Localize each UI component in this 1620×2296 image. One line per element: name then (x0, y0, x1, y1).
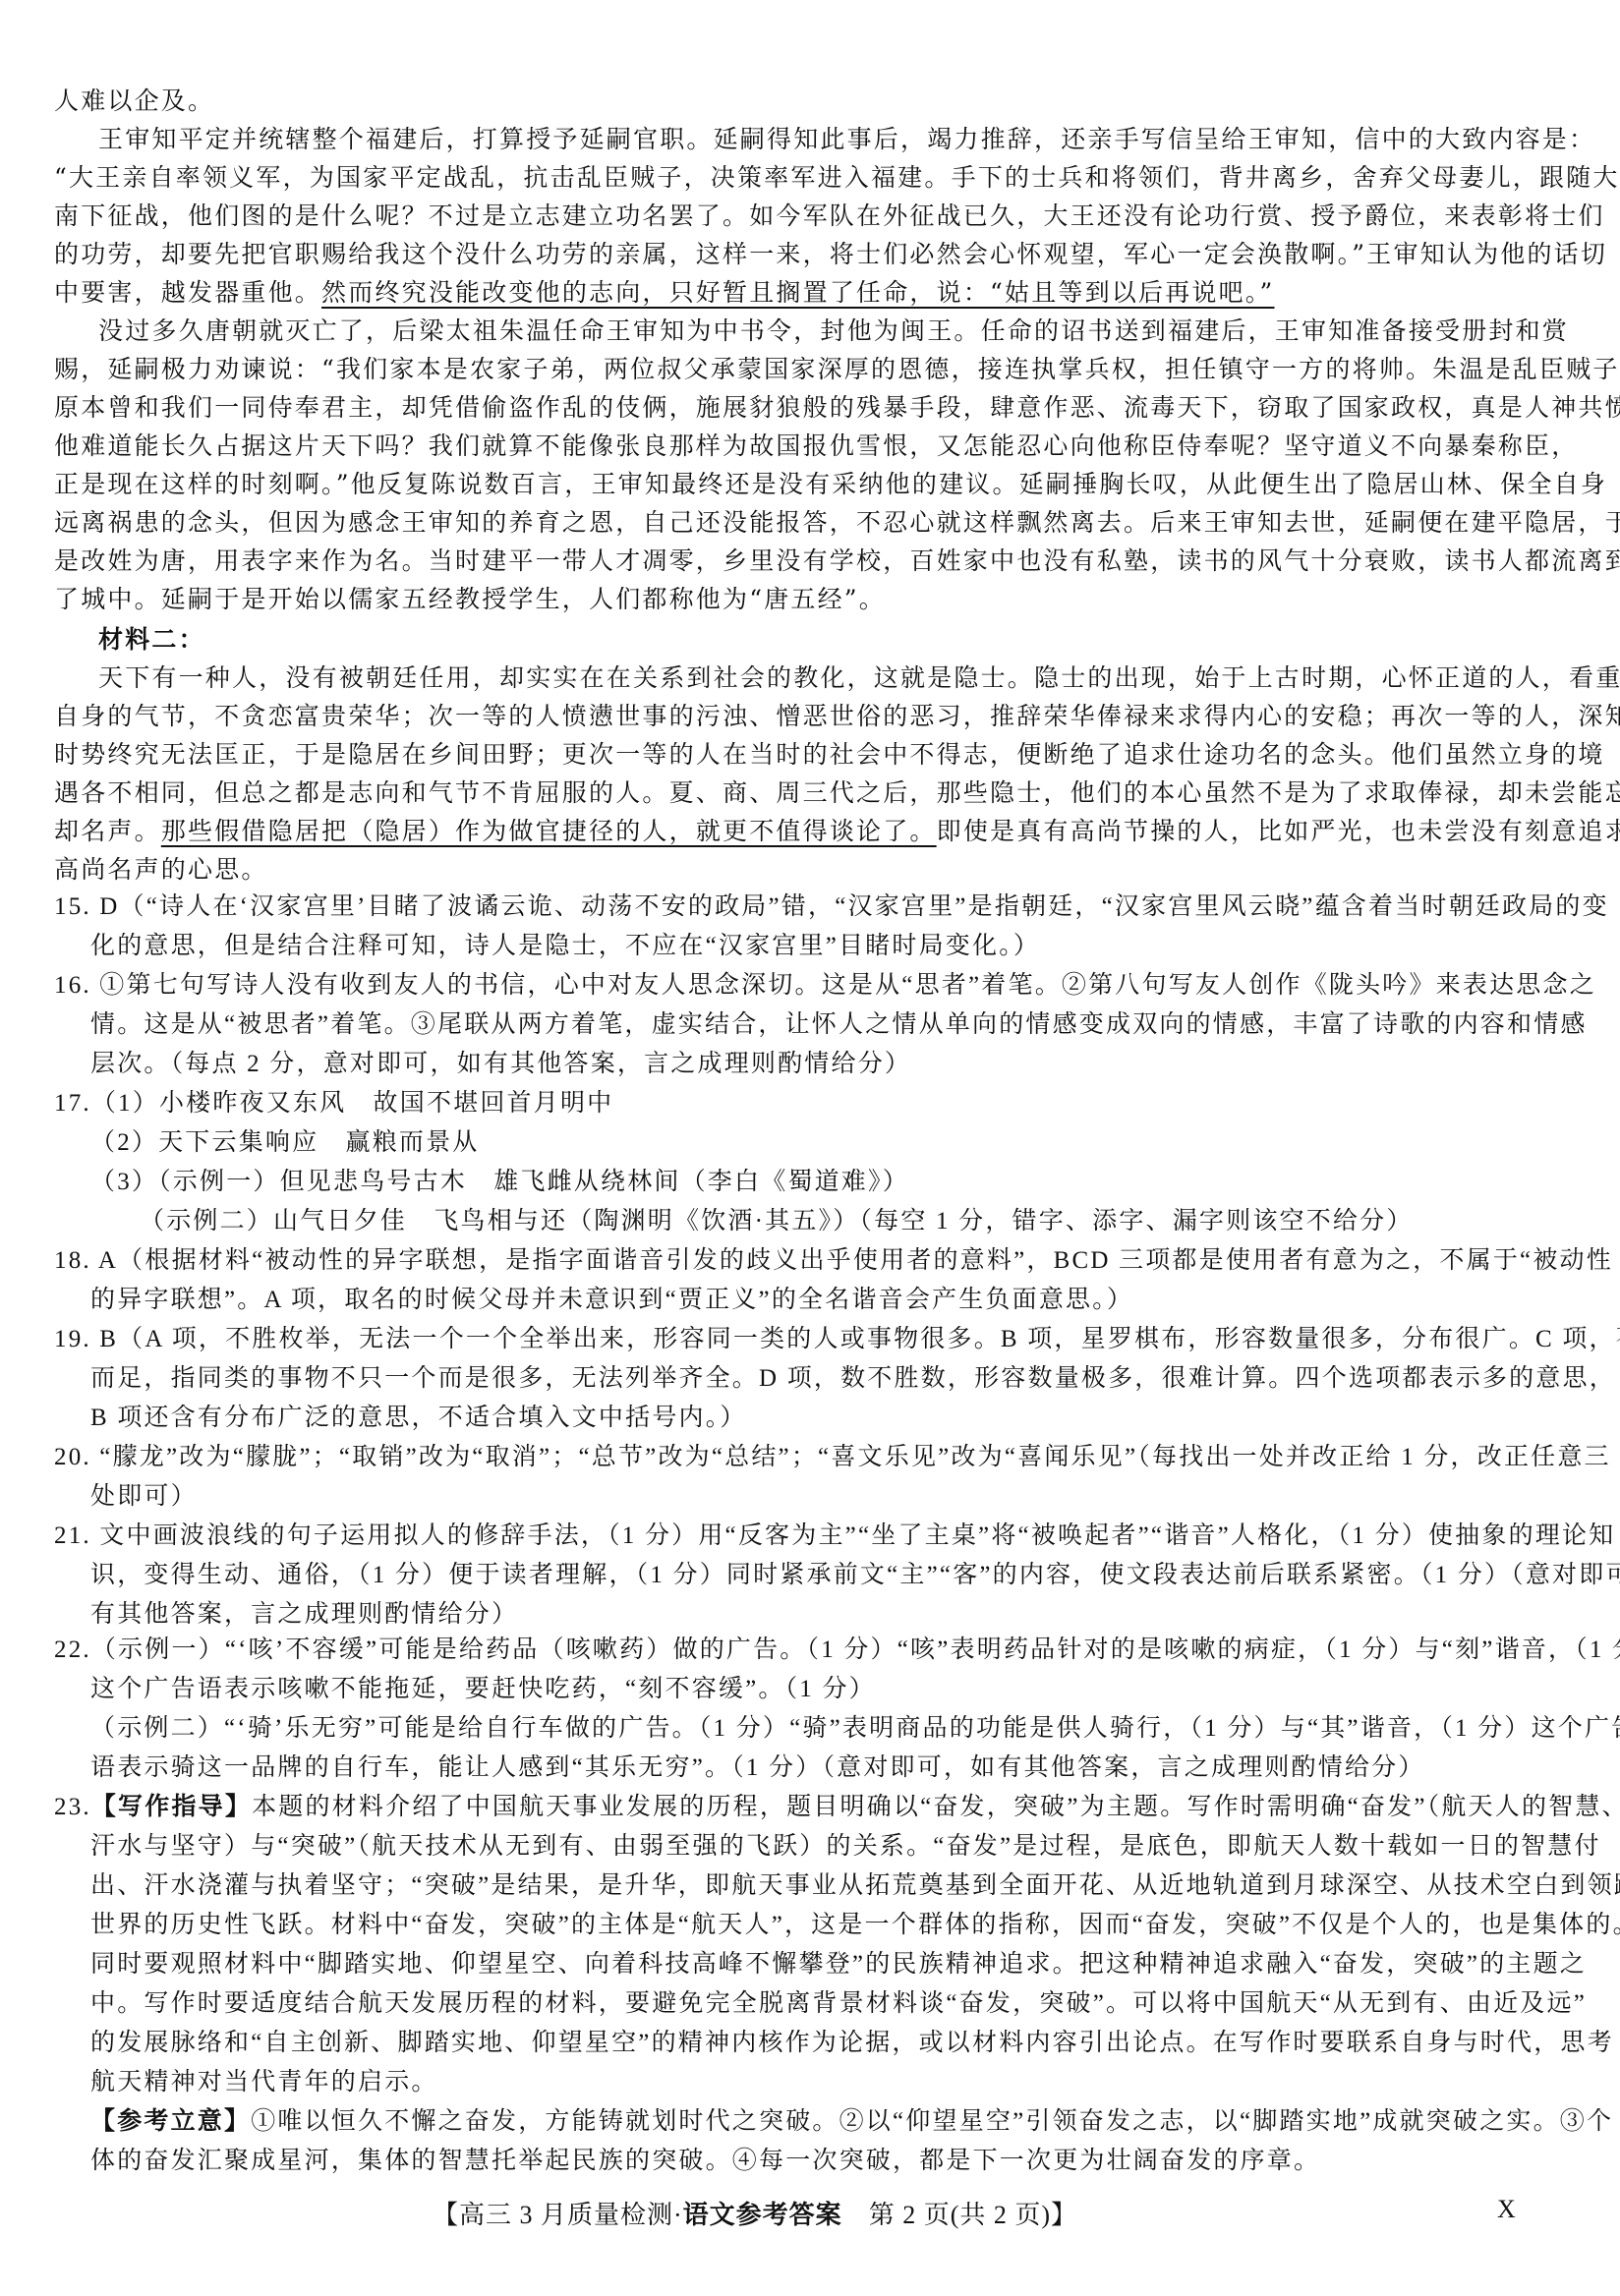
answer-17-line: （2）天下云集响应 赢粮而景从 (90, 1126, 1597, 1160)
text-line: 自身的气节，不贪恋富贵荣华；次一等的人愤懑世事的污浊、憎恶世俗的恶习，推辞荣华俸… (54, 700, 1561, 733)
answer-22-line: 这个广告语表示咳嗽不能拖延，要赶快吃药，“刻不容缓”。（1 分） (90, 1673, 1597, 1706)
footer-title: 语文参考答案 (683, 2201, 842, 2229)
text-line: “大王亲自率领义军，为国家平定战乱，抗击乱臣贼子，决策率军进入福建。手下的士兵和… (54, 161, 1561, 195)
text-line: 远离祸患的念头，但因为感念王审知的养育之恩，自己还没能报答，不忍心就这样飘然离去… (54, 506, 1561, 540)
section-heading: 材料二： (98, 623, 1605, 657)
reference-idea-label: 【参考立意】 (90, 2108, 251, 2135)
text-line: 人难以企及。 (54, 85, 1561, 118)
footer-mark: X (1497, 2195, 1516, 2224)
text-line: 南下征战，他们图的是什么呢？不过是立志建立功名罢了。如今军队在外征战已久，大王还… (54, 200, 1561, 233)
answer-19-line: 19. B（A 项，不胜枚举，无法一个一个全举出来，形容同一类的人或事物很多。B… (54, 1323, 1561, 1356)
answer-22-line: 22.（示例一）“‘咳’不容缓”可能是给药品（咳嗽药）做的广告。（1 分）“咳”… (54, 1634, 1561, 1667)
text-span: 即使是真有高尚节操的人，比如严光，也未尝没有刻意追求 (937, 817, 1620, 845)
answer-17-line: 17.（1）小楼昨夜又东风 故国不堪回首月明中 (54, 1087, 1561, 1120)
text-line: 没过多久唐朝就灭亡了，后梁太祖朱温任命王审知为中书令，封他为闽王。任命的诏书送到… (98, 315, 1605, 348)
text-span: 本题的材料介绍了中国航天事业发展的历程，题目明确以“奋发，突破”为主题。写作时需… (252, 1794, 1620, 1820)
answer-17-line: （示例二）山气日夕佳 飞鸟相与还（陶渊明《饮酒·其五》）（每空 1 分，错字、添… (140, 1205, 1620, 1238)
underlined-sentence: 然而终究没能改变他的志向，只好暂且搁置了任命，说：“姑且等到以后再说吧。” (321, 278, 1274, 307)
footer-page-number: 第 2 页(共 2 页)】 (842, 2201, 1077, 2229)
writing-guide-label: 【写作指导】 (91, 1794, 252, 1820)
text-span: 却名声。 (54, 817, 161, 845)
answer-16-line: 16. ①第七句写诗人没有收到友人的书信，心中对友人思念深切。这是从“思者”着笔… (54, 969, 1561, 1003)
text-span: 中要害，越发器重他。 (54, 278, 321, 307)
answer-23-line: 航天精神对当代青年的启示。 (90, 2066, 1597, 2099)
answer-23-line: 出、汗水浇灌与执着坚守；“突破”是结果，是升华，即航天事业从拓荒奠基到全面开花、… (90, 1869, 1597, 1903)
page-footer: 【高三 3 月质量检测·语文参考答案 第 2 页(共 2 页)】 (433, 2195, 1077, 2231)
answer-23-line: 23.【写作指导】本题的材料介绍了中国航天事业发展的历程，题目明确以“奋发，突破… (54, 1791, 1561, 1824)
answer-17-line: （3）（示例一）但见悲鸟号古木 雄飞雌从绕林间（李白《蜀道难》） (90, 1166, 1597, 1199)
text-line: 高尚名声的心思。 (54, 853, 1561, 887)
answer-18-line: 的异字联想”。A 项，取名的时候父母并未意识到“贾正义”的全名谐音会产生负面意思… (90, 1284, 1597, 1317)
answer-23-line: 【参考立意】①唯以恒久不懈之奋发，方能铸就划时代之突破。②以“仰望星空”引领奋发… (90, 2105, 1597, 2139)
answer-23-line: 世界的历史性飞跃。材料中“奋发，突破”的主体是“航天人”，这是一个群体的指称，因… (90, 1909, 1597, 1942)
underlined-sentence: 那些假借隐居把（隐居）作为做官捷径的人，就更不值得谈论了。 (161, 817, 937, 845)
answer-23-line: 体的奋发汇聚成星河，集体的智慧托举起民族的突破。④每一次突破，都是下一次更为壮阔… (90, 2145, 1597, 2178)
answer-22-line: 语表示骑这一品牌的自行车，能让人感到“其乐无穷”。（1 分）（意对即可，如有其他… (90, 1751, 1597, 1785)
text-line: 了城中。延嗣于是开始以儒家五经教授学生，人们都称他为“唐五经”。 (54, 583, 1561, 616)
text-line: 天下有一种人，没有被朝廷任用，却实实在在关系到社会的教化，这就是隐士。隐士的出现… (98, 661, 1605, 695)
footer-left: 【高三 3 月质量检测· (433, 2201, 683, 2229)
text-line: 是改姓为唐，用表字来作为名。当时建平一带人才凋零，乡里没有学校，百姓家中也没有私… (54, 545, 1561, 578)
answer-19-line: 而足，指同类的事物不只一个而是很多，无法列举齐全。D 项，数不胜数，形容数量极多… (90, 1362, 1597, 1396)
text-line: 赐，延嗣极力劝谏说：“我们家本是农家子弟，两位叔父承蒙国家深厚的恩德，接连执掌兵… (54, 353, 1561, 386)
answer-23-line: 汗水与坚守）与“突破”（航天技术从无到有、由弱至强的飞跃）的关系。“奋发”是过程… (90, 1830, 1597, 1864)
text-span: ①唯以恒久不懈之奋发，方能铸就划时代之突破。②以“仰望星空”引领奋发之志，以“脚… (251, 2108, 1613, 2135)
text-line: 中要害，越发器重他。然而终究没能改变他的志向，只好暂且搁置了任命，说：“姑且等到… (54, 276, 1561, 310)
answer-23-line: 中。写作时要适度结合航天发展历程的材料，要避免完全脱离背景材料谈“奋发，突破”。… (90, 1987, 1597, 2021)
text-line: 原本曾和我们一同侍奉君主，却凭借偷盗作乱的伎俩，施展豺狼般的残暴手段，肆意作恶、… (54, 391, 1561, 425)
answer-18-line: 18. A（根据材料“被动性的异字联想，是指字面谐音引发的歧义出乎使用者的意料”… (54, 1244, 1561, 1278)
answer-21-line: 有其他答案，言之成理则酌情给分） (90, 1598, 1597, 1632)
answer-16-line: 情。这是从“被思者”着笔。③尾联从两方着笔，虚实结合，让怀人之情从单向的情感变成… (90, 1008, 1597, 1042)
text-line: 正是现在这样的时刻啊。”他反复陈说数百言，王审知最终还是没有采纳他的建议。延嗣捶… (54, 468, 1561, 501)
text-line: 他难道能长久占据这片天下吗？我们就算不能像张良那样为故国报仇雪恨，又怎能忍心向他… (54, 430, 1561, 463)
answer-21-line: 21. 文中画波浪线的句子运用拟人的修辞手法，（1 分）用“反客为主”“坐了主桌… (54, 1520, 1561, 1553)
answer-22-line: （示例二）“‘骑’乐无穷”可能是给自行车做的广告。（1 分）“骑”表明商品的功能… (90, 1712, 1597, 1746)
text-line: 遇各不相同，但总之都是志向和气节不肯屈服的人。夏、商、周三代之后，那些隐士，他们… (54, 776, 1561, 810)
answer-key-page: 人难以企及。 王审知平定并统辖整个福建后，打算授予延嗣官职。延嗣得知此事后，竭力… (0, 0, 1620, 2296)
answer-23-line: 同时要观照材料中“脚踏实地、仰望星空、向着科技高峰不懈攀登”的民族精神追求。把这… (90, 1948, 1597, 1981)
text-line: 的功劳，却要先把官职赐给我这个没什么功劳的亲属，这样一来，将士们必然会心怀观望，… (54, 238, 1561, 271)
answer-20-line: 20. “朦龙”改为“朦胧”；“取销”改为“取消”；“总节”改为“总结”；“喜文… (54, 1441, 1561, 1474)
answer-21-line: 识，变得生动、通俗，（1 分）便于读者理解，（1 分）同时紧承前文“主”“客”的… (90, 1559, 1597, 1592)
text-line: 王审知平定并统辖整个福建后，打算授予延嗣官职。延嗣得知此事后，竭力推辞，还亲手写… (98, 123, 1605, 156)
answer-16-line: 层次。（每点 2 分，意对即可，如有其他答案，言之成理则酌情给分） (90, 1048, 1597, 1081)
answer-15-line: 化的意思，但是结合注释可知，诗人是隐士，不应在“汉家宫里”目睹时局变化。） (90, 930, 1597, 963)
answer-19-line: B 项还含有分布广泛的意思，不适合填入文中括号内。） (90, 1402, 1597, 1435)
answer-15-line: 15. D（“诗人在‘汉家宫里’目睹了波谲云诡、动荡不安的政局”错，“汉家宫里”… (54, 890, 1561, 924)
q23-number: 23. (54, 1794, 91, 1820)
text-line: 时势终究无法匡正，于是隐居在乡间田野；更次一等的人在当时的社会中不得志，便断绝了… (54, 738, 1561, 772)
answer-23-line: 的发展脉络和“自主创新、脚踏实地、仰望星空”的精神内核作为论据，或以材料内容引出… (90, 2027, 1597, 2060)
answer-20-line: 处即可） (90, 1480, 1597, 1514)
text-line: 却名声。那些假借隐居把（隐居）作为做官捷径的人，就更不值得谈论了。即使是真有高尚… (54, 815, 1561, 848)
